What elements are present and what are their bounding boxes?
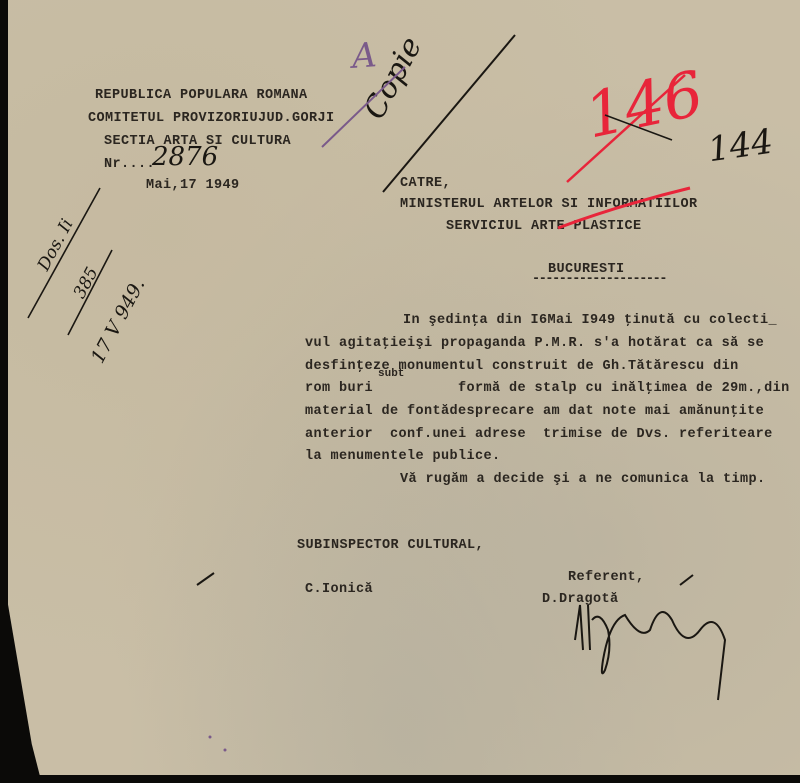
signature-left-name: C.Ionică — [305, 582, 373, 597]
header-nr-label: Nr.... — [104, 157, 155, 172]
registration-number: 2876 — [152, 142, 218, 172]
body-line-7: la menumentele publice. — [305, 449, 501, 464]
signature-left-title: SUBINSPECTOR CULTURAL, — [297, 538, 484, 553]
recipient-city-underline: -------------------- — [532, 272, 666, 287]
recipient-ministry: MINISTERUL ARTELOR SI INFORMATIILOR — [400, 197, 698, 212]
header-committee: COMITETUL PROVIZORIUJUD.GORJI — [88, 111, 335, 126]
body-line-5: material de fontădesprecare am dat note … — [305, 404, 764, 419]
recipient-catre: CATRE, — [400, 176, 451, 191]
signature-right-name: D.Dragotă — [542, 592, 619, 607]
header-republic: REPUBLICA POPULARA ROMANA — [95, 88, 308, 103]
body-line-4: rom buri formă de stalp cu inălţimea de … — [305, 381, 790, 396]
body-superscript: subt — [378, 368, 404, 380]
header-date: Mai,17 1949 — [146, 178, 240, 193]
body-line-6: anterior conf.unei adrese trimise de Dvs… — [305, 427, 773, 442]
signature-right-title: Referent, — [568, 570, 645, 585]
body-line-8: Vă rugăm a decide şi a ne comunica la ti… — [400, 472, 766, 487]
body-line-1: In şedinţa din I6Mai I949 ţinută cu cole… — [403, 313, 777, 328]
body-line-3: desfinţeze monumentul construit de Gh.Tă… — [305, 359, 739, 374]
letter-a-annotation: A — [351, 35, 378, 77]
recipient-service: SERVICIUL ARTE PLASTICE — [446, 219, 642, 234]
body-line-2: vul agitaţieişi propaganda P.M.R. s'a ho… — [305, 336, 764, 351]
